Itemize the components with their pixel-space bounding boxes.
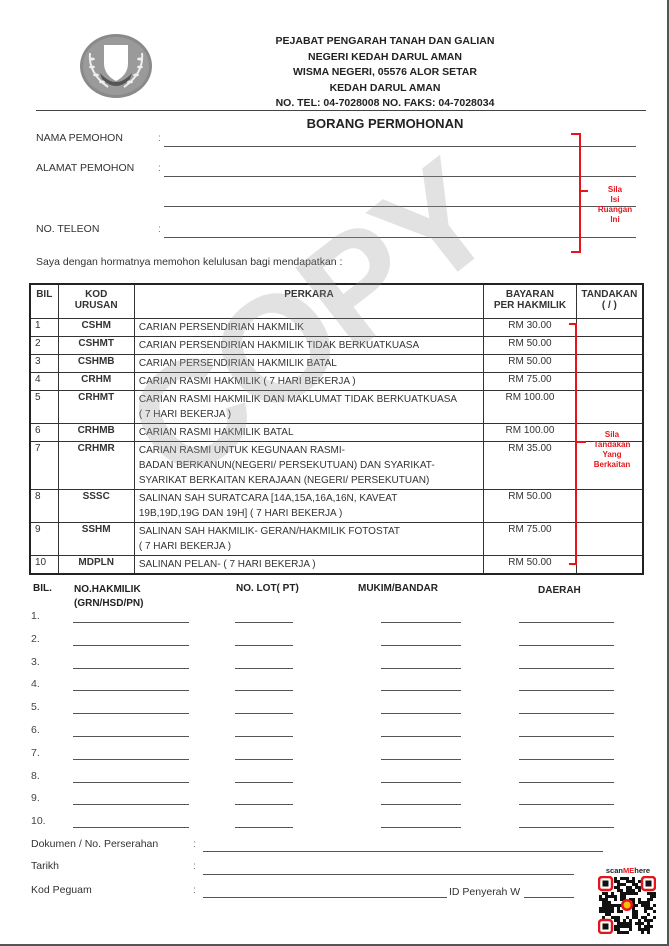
service-perkara-line: CARIAN PERSENDIRIAN HAKMILIK TIDAK BERKU… (139, 338, 479, 353)
service-bil: 6 (30, 423, 58, 441)
tick-bracket (569, 323, 577, 565)
service-perkara-line: SALINAN SAH SURATCARA [14A,15A,16A,16N, … (139, 491, 479, 506)
service-kod: CSHM (58, 318, 134, 336)
qr-code-icon[interactable] (598, 876, 656, 934)
colon: : (158, 223, 161, 235)
service-kod: SSHM (58, 522, 134, 555)
lot-row-number: 6. (31, 724, 40, 736)
service-perkara-line: CARIAN PERSENDIRIAN HAKMILIK (139, 320, 479, 335)
mukim-field[interactable] (381, 668, 461, 669)
service-row: 4CRHMCARIAN RASMI HAKMILIK ( 7 HARI BEKE… (30, 372, 643, 390)
tarikh-label: Tarikh (31, 860, 59, 872)
id-penyerah-label: ID Penyerah W (449, 886, 520, 898)
lot-field[interactable] (235, 690, 293, 691)
service-bayaran: RM 30.00 (484, 318, 577, 336)
header-line: KEDAH DARUL AMAN (180, 81, 590, 97)
alamat-pemohon-field-line-1[interactable] (164, 176, 636, 177)
note-line: Yang (583, 450, 641, 460)
col-bayaran: BAYARANPER HAKMILIK (484, 284, 577, 318)
service-kod: CRHMT (58, 390, 134, 423)
service-tick-box[interactable] (576, 318, 643, 336)
lots-col-lot: NO. LOT( PT) (236, 583, 299, 594)
daerah-field[interactable] (519, 759, 614, 760)
form-title: BORANG PERMOHONAN (180, 116, 590, 131)
lot-field[interactable] (235, 668, 293, 669)
service-perkara-line: CARIAN PERSENDIRIAN HAKMILIK BATAL (139, 356, 479, 371)
scan-me-label: scanMEhere (598, 866, 658, 875)
service-perkara: CARIAN PERSENDIRIAN HAKMILIK (134, 318, 483, 336)
col-bayaran-line: PER HAKMILIK (494, 300, 566, 311)
col-kod-line: KOD (85, 289, 107, 300)
lots-col-daerah: DAERAH (538, 585, 581, 596)
lots-col-mukim: MUKIM/BANDAR (358, 583, 438, 594)
note-line: Isi (590, 195, 640, 205)
no-telefon-field[interactable] (164, 237, 636, 238)
lot-field[interactable] (235, 782, 293, 783)
nama-pemohon-field[interactable] (164, 146, 636, 147)
service-row: 10MDPLNSALINAN PELAN- ( 7 HARI BEKERJA )… (30, 555, 643, 574)
service-row: 3CSHMBCARIAN PERSENDIRIAN HAKMILIK BATAL… (30, 354, 643, 372)
service-perkara: SALINAN PELAN- ( 7 HARI BEKERJA ) (134, 555, 483, 574)
hakmilik-field[interactable] (73, 690, 189, 691)
service-bayaran: RM 50.00 (484, 489, 577, 522)
alamat-pemohon-label: ALAMAT PEMOHON (36, 162, 134, 174)
service-perkara: CARIAN RASMI HAKMILIK BATAL (134, 423, 483, 441)
col-kod-line: URUSAN (75, 300, 118, 311)
tarikh-field[interactable] (203, 874, 574, 875)
col-bayaran-line: BAYARAN (506, 289, 554, 300)
service-perkara: CARIAN RASMI HAKMILIK ( 7 HARI BEKERJA ) (134, 372, 483, 390)
hakmilik-field[interactable] (73, 782, 189, 783)
colon: : (193, 838, 196, 850)
daerah-field[interactable] (519, 713, 614, 714)
daerah-field[interactable] (519, 827, 614, 828)
hakmilik-field[interactable] (73, 713, 189, 714)
lot-row-number: 5. (31, 701, 40, 713)
lots-col-hakmilik-line: NO.HAKMILIK (74, 583, 143, 597)
service-perkara: SALINAN SAH HAKMILIK- GERAN/HAKMILIK FOT… (134, 522, 483, 555)
service-perkara: CARIAN RASMI HAKMILIK DAN MAKLUMAT TIDAK… (134, 390, 483, 423)
hakmilik-field[interactable] (73, 645, 189, 646)
service-bil: 8 (30, 489, 58, 522)
mukim-field[interactable] (381, 759, 461, 760)
service-tick-box[interactable] (576, 336, 643, 354)
header-line: NEGERI KEDAH DARUL AMAN (180, 50, 590, 66)
service-bayaran: RM 100.00 (484, 390, 577, 423)
mukim-field[interactable] (381, 827, 461, 828)
lot-field[interactable] (235, 645, 293, 646)
service-perkara: CARIAN PERSENDIRIAN HAKMILIK BATAL (134, 354, 483, 372)
lots-col-hakmilik-line: (GRN/HSD/PN) (74, 597, 143, 611)
service-row: 7CRHMRCARIAN RASMI UNTUK KEGUNAAN RASMI-… (30, 441, 643, 489)
daerah-field[interactable] (519, 782, 614, 783)
service-tick-box[interactable] (576, 522, 643, 555)
intro-text: Saya dengan hormatnya memohon kelulusan … (36, 256, 342, 268)
service-bayaran: RM 50.00 (484, 555, 577, 574)
form-page: PEJABAT PENGARAH TANAH DAN GALIAN NEGERI… (0, 0, 669, 946)
daerah-field[interactable] (519, 668, 614, 669)
hakmilik-field[interactable] (73, 827, 189, 828)
service-perkara-line: CARIAN RASMI UNTUK KEGUNAAN RASMI- (139, 443, 479, 458)
service-row: 9SSHMSALINAN SAH HAKMILIK- GERAN/HAKMILI… (30, 522, 643, 555)
lot-row-number: 9. (31, 792, 40, 804)
service-row: 2CSHMTCARIAN PERSENDIRIAN HAKMILIK TIDAK… (30, 336, 643, 354)
dokumen-field[interactable] (203, 851, 603, 852)
daerah-field[interactable] (519, 804, 614, 805)
service-tick-box[interactable] (576, 372, 643, 390)
lots-col-bil: BIL. (33, 583, 52, 594)
lot-row-number: 1. (31, 610, 40, 622)
service-perkara-line: ( 7 HARI BEKERJA ) (139, 407, 479, 422)
fill-in-note: Sila Isi Ruangan Ini (590, 185, 640, 225)
service-bayaran: RM 50.00 (484, 336, 577, 354)
col-perkara: PERKARA (134, 284, 483, 318)
service-perkara-line: CARIAN RASMI HAKMILIK DAN MAKLUMAT TIDAK… (139, 392, 479, 407)
col-tandakan: TANDAKAN( / ) (576, 284, 643, 318)
service-perkara-line: 19B,19D,19G DAN 19H] ( 7 HARI BEKERJA ) (139, 506, 479, 521)
fill-in-bracket (571, 133, 581, 253)
hakmilik-field[interactable] (73, 759, 189, 760)
mukim-field[interactable] (381, 622, 461, 623)
service-kod: CRHMR (58, 441, 134, 489)
lot-row-number: 7. (31, 747, 40, 759)
service-tick-box[interactable] (576, 390, 643, 423)
service-bil: 9 (30, 522, 58, 555)
daerah-field[interactable] (519, 622, 614, 623)
mukim-field[interactable] (381, 690, 461, 691)
lot-field[interactable] (235, 622, 293, 623)
scan-me: ME (623, 866, 634, 875)
note-line: Sila (583, 430, 641, 440)
tick-note: Sila Tandakan Yang Berkaitan (583, 430, 641, 470)
service-bil: 1 (30, 318, 58, 336)
lot-row-number: 3. (31, 656, 40, 668)
note-line: Ruangan (590, 205, 640, 215)
service-kod: MDPLN (58, 555, 134, 574)
lot-field[interactable] (235, 736, 293, 737)
note-line: Ini (590, 215, 640, 225)
service-bil: 4 (30, 372, 58, 390)
header-divider (36, 110, 646, 111)
service-row: 1CSHMCARIAN PERSENDIRIAN HAKMILIKRM 30.0… (30, 318, 643, 336)
office-header: PEJABAT PENGARAH TANAH DAN GALIAN NEGERI… (180, 34, 590, 112)
service-row: 5CRHMTCARIAN RASMI HAKMILIK DAN MAKLUMAT… (30, 390, 643, 423)
service-bayaran: RM 50.00 (484, 354, 577, 372)
header-line: PEJABAT PENGARAH TANAH DAN GALIAN (180, 34, 590, 50)
service-kod: CSHMB (58, 354, 134, 372)
service-perkara: SALINAN SAH SURATCARA [14A,15A,16A,16N, … (134, 489, 483, 522)
service-kod: CSHMT (58, 336, 134, 354)
service-perkara-line: CARIAN RASMI HAKMILIK ( 7 HARI BEKERJA ) (139, 374, 479, 389)
services-table: BIL KODURUSAN PERKARA BAYARANPER HAKMILI… (29, 283, 644, 575)
service-perkara-line: BADAN BERKANUN(NEGERI/ PERSEKUTUAN) DAN … (139, 458, 479, 473)
service-bil: 3 (30, 354, 58, 372)
mukim-field[interactable] (381, 645, 461, 646)
header-line: WISMA NEGERI, 05576 ALOR SETAR (180, 65, 590, 81)
hakmilik-field[interactable] (73, 668, 189, 669)
scan-post: here (634, 866, 650, 875)
no-telefon-label: NO. TELEON (36, 223, 99, 235)
service-kod: CRHM (58, 372, 134, 390)
note-line: Sila (590, 185, 640, 195)
hakmilik-field[interactable] (73, 622, 189, 623)
service-kod: SSSC (58, 489, 134, 522)
lots-col-hakmilik: NO.HAKMILIK (GRN/HSD/PN) (74, 583, 143, 611)
colon: : (158, 162, 161, 174)
note-line: Berkaitan (583, 460, 641, 470)
service-bayaran: RM 100.00 (484, 423, 577, 441)
scan-pre: scan (606, 866, 623, 875)
service-kod: CRHMB (58, 423, 134, 441)
lot-field[interactable] (235, 827, 293, 828)
colon: : (193, 884, 196, 896)
service-perkara: CARIAN RASMI UNTUK KEGUNAAN RASMI-BADAN … (134, 441, 483, 489)
col-tandakan-line: TANDAKAN (581, 289, 637, 300)
id-penyerah-field[interactable] (524, 897, 574, 898)
service-row: 6CRHMBCARIAN RASMI HAKMILIK BATALRM 100.… (30, 423, 643, 441)
service-perkara-line: ( 7 HARI BEKERJA ) (139, 539, 479, 554)
lot-field[interactable] (235, 713, 293, 714)
service-bil: 5 (30, 390, 58, 423)
service-bayaran: RM 75.00 (484, 372, 577, 390)
service-perkara: CARIAN PERSENDIRIAN HAKMILIK TIDAK BERKU… (134, 336, 483, 354)
service-perkara-line: SALINAN PELAN- ( 7 HARI BEKERJA ) (139, 557, 479, 572)
col-kod: KODURUSAN (58, 284, 134, 318)
service-tick-box[interactable] (576, 555, 643, 574)
lot-row-number: 8. (31, 770, 40, 782)
service-perkara-line: CARIAN RASMI HAKMILIK BATAL (139, 425, 479, 440)
mukim-field[interactable] (381, 804, 461, 805)
service-bayaran: RM 35.00 (484, 441, 577, 489)
nama-pemohon-label: NAMA PEMOHON (36, 132, 123, 144)
hakmilik-field[interactable] (73, 804, 189, 805)
daerah-field[interactable] (519, 645, 614, 646)
lot-field[interactable] (235, 759, 293, 760)
mukim-field[interactable] (381, 782, 461, 783)
bracket-tick (579, 190, 588, 192)
service-bil: 2 (30, 336, 58, 354)
lot-row-number: 2. (31, 633, 40, 645)
lot-row-number: 4. (31, 678, 40, 690)
colon: : (193, 860, 196, 872)
col-bil: BIL (30, 284, 58, 318)
col-tandakan-line: ( / ) (602, 300, 617, 311)
service-perkara-line: SYARIKAT BERKAITAN KERAJAAN (NEGERI/ PER… (139, 473, 479, 488)
mukim-field[interactable] (381, 736, 461, 737)
lot-row-number: 10. (31, 815, 46, 827)
kod-peguam-field[interactable] (203, 897, 447, 898)
kod-peguam-label: Kod Peguam (31, 884, 92, 896)
daerah-field[interactable] (519, 690, 614, 691)
lot-field[interactable] (235, 804, 293, 805)
service-bil: 10 (30, 555, 58, 574)
colon: : (158, 132, 161, 144)
service-tick-box[interactable] (576, 354, 643, 372)
dokumen-label: Dokumen / No. Perserahan (31, 838, 158, 850)
note-line: Tandakan (583, 440, 641, 450)
service-bayaran: RM 75.00 (484, 522, 577, 555)
service-tick-box[interactable] (576, 489, 643, 522)
service-bil: 7 (30, 441, 58, 489)
daerah-field[interactable] (519, 736, 614, 737)
service-perkara-line: SALINAN SAH HAKMILIK- GERAN/HAKMILIK FOT… (139, 524, 479, 539)
mukim-field[interactable] (381, 713, 461, 714)
alamat-pemohon-field-line-2[interactable] (164, 206, 636, 207)
kedah-crest-logo-icon (78, 33, 154, 99)
service-row: 8SSSCSALINAN SAH SURATCARA [14A,15A,16A,… (30, 489, 643, 522)
hakmilik-field[interactable] (73, 736, 189, 737)
